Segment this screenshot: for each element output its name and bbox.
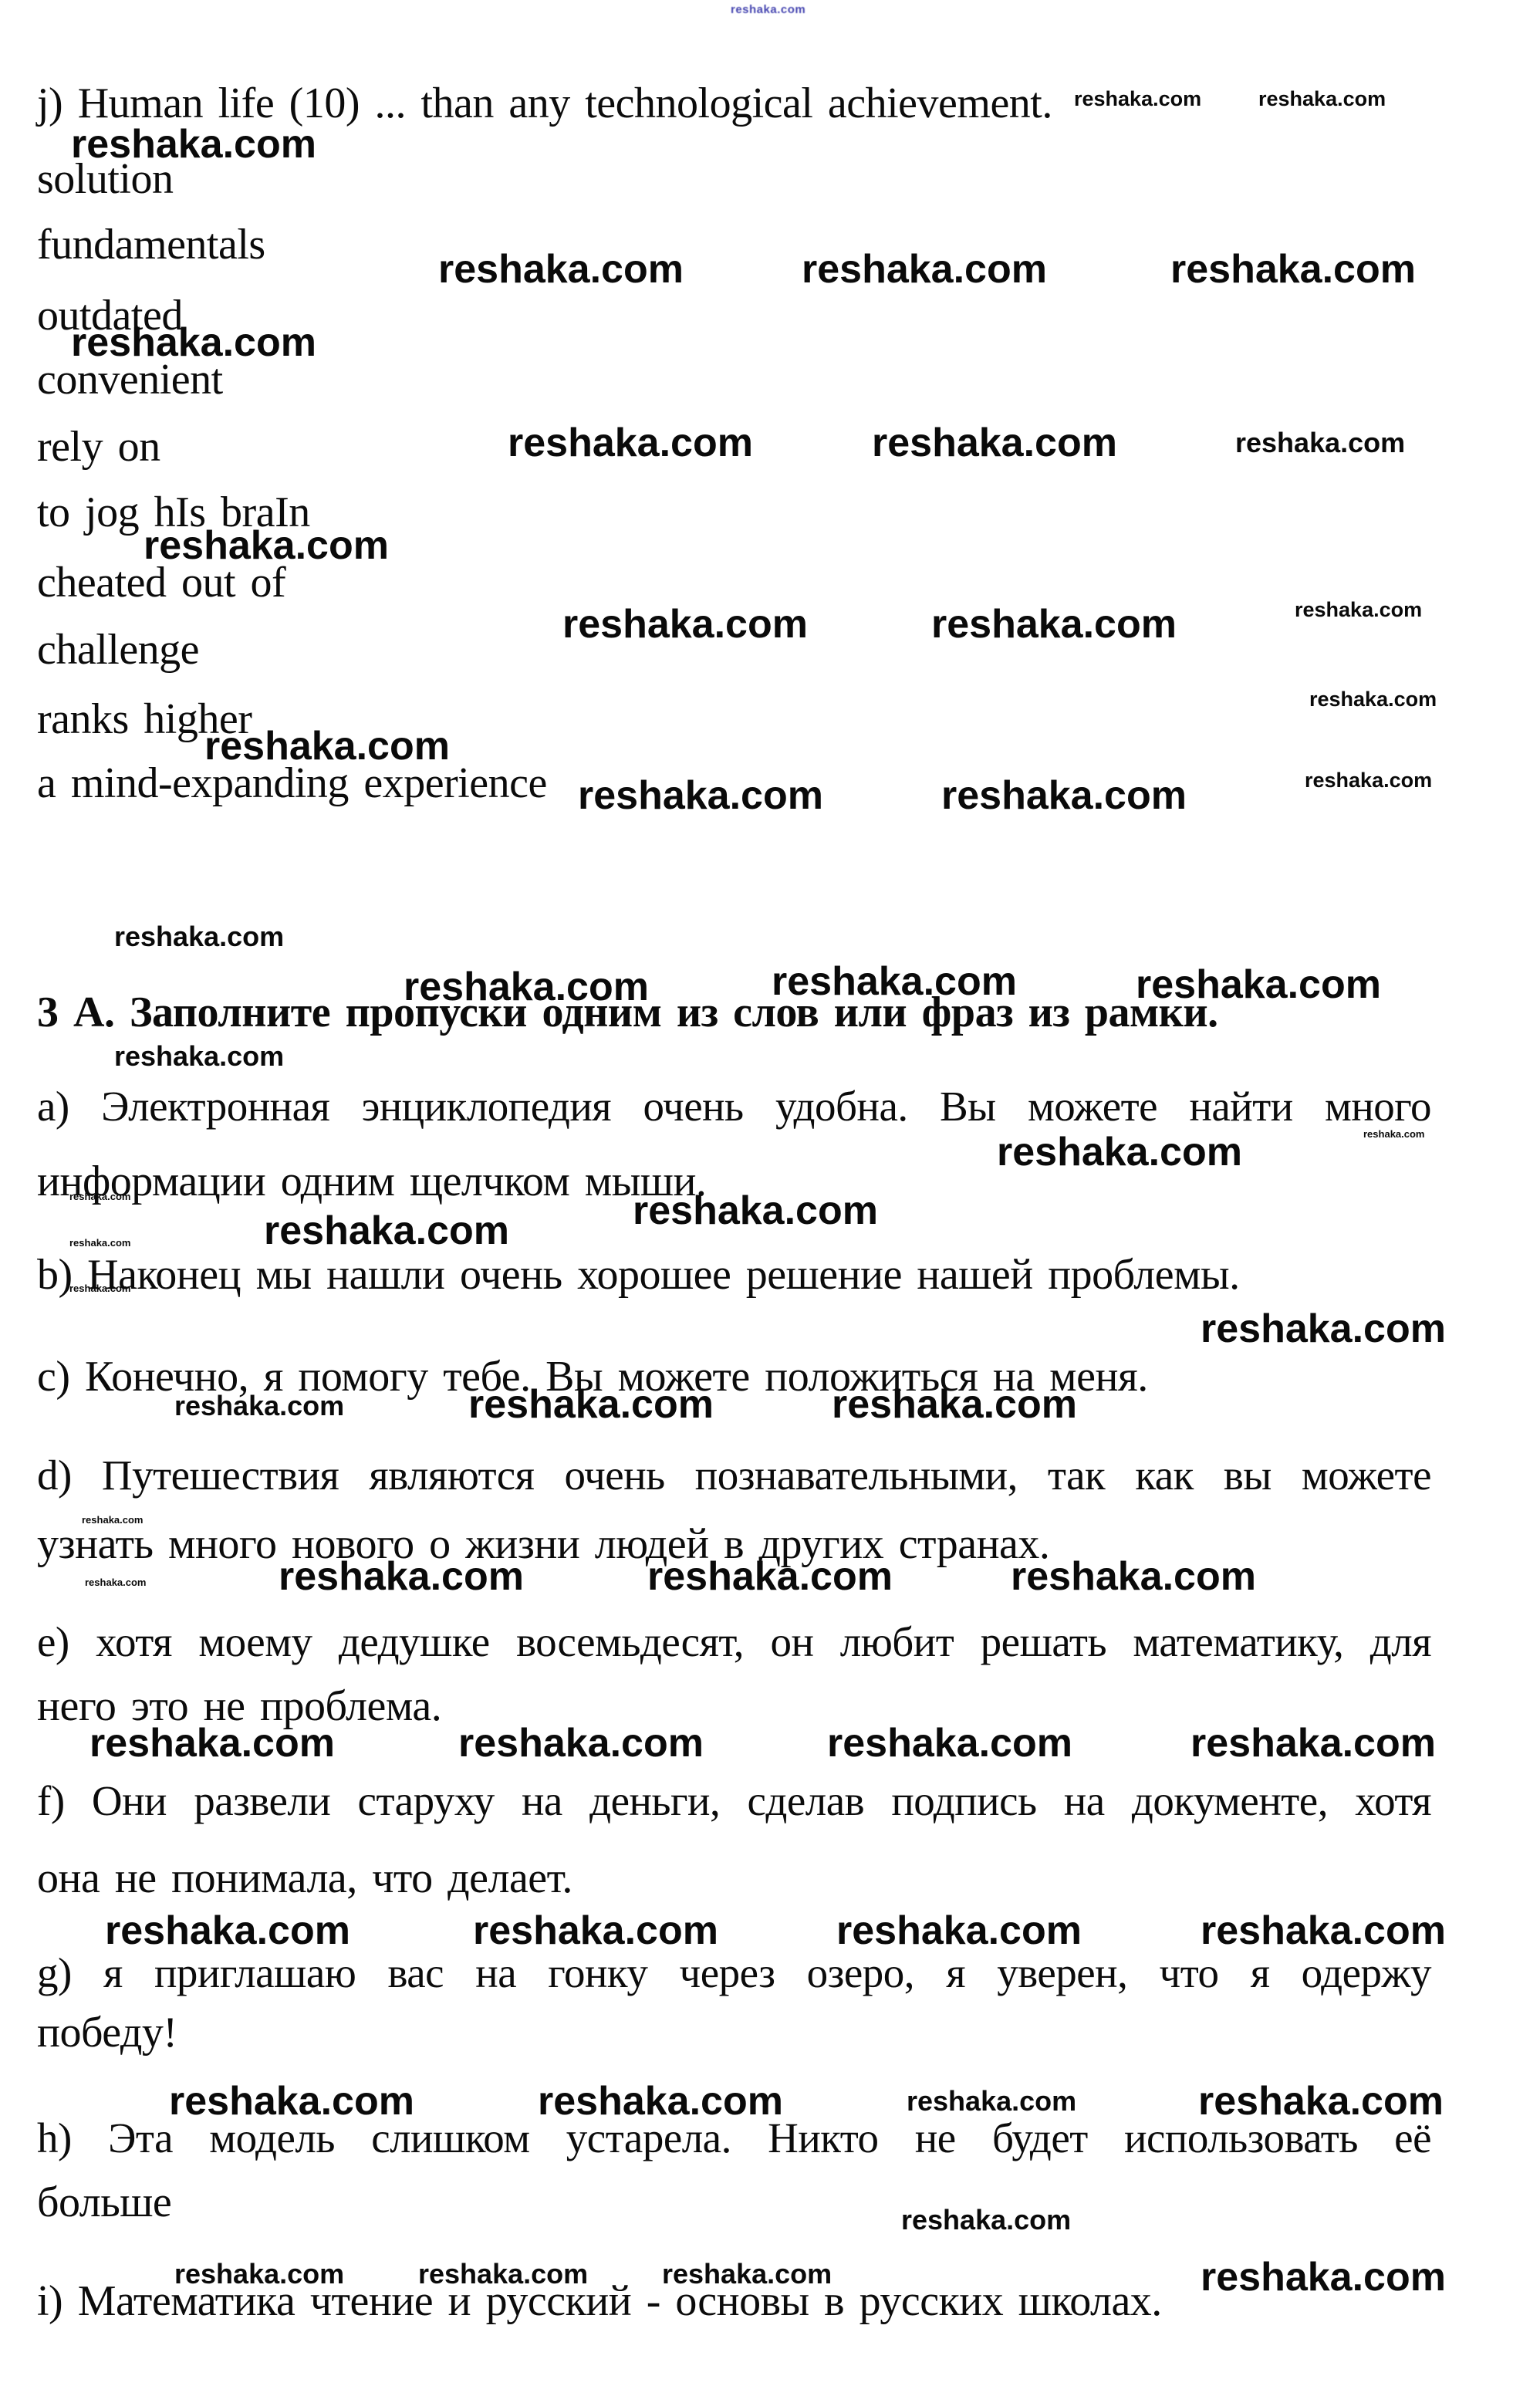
site-watermark: reshaka.com — [508, 423, 753, 463]
site-watermark: reshaka.com — [1201, 2257, 1446, 2297]
exercise-line-j: j) Human life (10) ... than any technolo… — [37, 81, 1052, 127]
site-watermark: reshaka.com — [578, 776, 823, 816]
site-watermark: reshaka.com — [872, 423, 1117, 463]
sentence-h-line-2: больше — [37, 2180, 171, 2226]
site-watermark: reshaka.com — [264, 1211, 509, 1251]
site-watermark: reshaka.com — [827, 1723, 1072, 1763]
site-watermark: reshaka.com — [404, 967, 649, 1007]
sentence-d-line-1: d) Путешествия являются очень познавател… — [37, 1453, 1431, 1498]
site-watermark: reshaka.com — [82, 1515, 144, 1525]
site-watermark: reshaka.com — [144, 526, 389, 566]
sentence-b-line-1: b) Наконец мы нашли очень хорошее решени… — [37, 1252, 1240, 1298]
site-watermark: reshaka.com — [458, 1723, 704, 1763]
site-watermark: reshaka.com — [69, 1238, 131, 1248]
site-watermark: reshaka.com — [1309, 689, 1437, 710]
sentence-g-line-2: победу! — [37, 2010, 177, 2056]
sentence-f-line-2: она не понимала, что делает. — [37, 1856, 572, 1901]
site-watermark: reshaka.com — [1170, 249, 1416, 289]
site-watermark: reshaka.com — [1363, 1129, 1425, 1139]
document-page: j) Human life (10) ... than any technolo… — [0, 0, 1540, 2403]
sentence-d-line-2: узнать много нового о жизни людей в друг… — [37, 1522, 1049, 1567]
site-watermark: reshaka.com — [802, 249, 1047, 289]
site-watermark: reshaka.com — [1295, 600, 1422, 620]
site-watermark: reshaka.com — [473, 1911, 718, 1951]
site-watermark: reshaka.com — [204, 726, 450, 766]
site-watermark: reshaka.com — [279, 1556, 524, 1597]
site-watermark: reshaka.com — [468, 1384, 714, 1425]
site-watermark: reshaka.com — [1074, 89, 1201, 110]
site-watermark: reshaka.com — [901, 2206, 1071, 2234]
site-watermark: reshaka.com — [1235, 429, 1405, 457]
site-watermark: reshaka.com — [174, 1392, 344, 1420]
word-bank-item: challenge — [37, 627, 199, 673]
site-watermark: reshaka.com — [538, 2081, 783, 2121]
site-watermark: reshaka.com — [1305, 770, 1432, 791]
site-watermark: reshaka.com — [772, 962, 1017, 1002]
site-watermark: reshaka.com — [114, 1043, 284, 1070]
site-watermark: reshaka.com — [1198, 2081, 1444, 2121]
site-watermark: reshaka.com — [85, 1577, 147, 1587]
site-watermark: reshaka.com — [438, 249, 684, 289]
site-watermark: reshaka.com — [114, 923, 284, 951]
sentence-f-line-1: f) Они развели старуху на деньги, сделав… — [37, 1779, 1431, 1823]
site-watermark: reshaka.com — [71, 124, 316, 164]
sentence-a-line-2: информации одним щелчком мыши. — [37, 1159, 706, 1205]
site-watermark-header: reshaka.com — [731, 4, 805, 15]
site-watermark: reshaka.com — [69, 1191, 131, 1201]
site-watermark: reshaka.com — [832, 1384, 1077, 1425]
site-watermark: reshaka.com — [997, 1132, 1242, 1172]
site-watermark: reshaka.com — [647, 1556, 893, 1597]
site-watermark: reshaka.com — [1136, 965, 1381, 1005]
site-watermark: reshaka.com — [1258, 89, 1386, 110]
site-watermark: reshaka.com — [1190, 1723, 1436, 1763]
word-bank-item: fundamentals — [37, 222, 265, 268]
site-watermark: reshaka.com — [562, 604, 808, 644]
site-watermark: reshaka.com — [169, 2081, 414, 2121]
site-watermark: reshaka.com — [941, 776, 1187, 816]
site-watermark: reshaka.com — [174, 2260, 344, 2288]
site-watermark: reshaka.com — [1011, 1556, 1256, 1597]
site-watermark: reshaka.com — [69, 1283, 131, 1293]
site-watermark: reshaka.com — [907, 2087, 1076, 2115]
sentence-g-line-1: g) я приглашаю вас на гонку через озеро,… — [37, 1951, 1431, 1996]
site-watermark: reshaka.com — [89, 1723, 335, 1763]
word-bank-item: rely on — [37, 424, 160, 470]
site-watermark: reshaka.com — [71, 323, 316, 363]
site-watermark: reshaka.com — [931, 604, 1177, 644]
sentence-e-line-1: е) хотя моему дедушке восемьдесят, он лю… — [37, 1620, 1431, 1665]
sentence-a-line-1: а) Электронная энциклопедия очень удобна… — [37, 1084, 1431, 1129]
site-watermark: reshaka.com — [1201, 1911, 1446, 1951]
site-watermark: reshaka.com — [418, 2260, 588, 2288]
site-watermark: reshaka.com — [836, 1911, 1082, 1951]
site-watermark: reshaka.com — [662, 2260, 832, 2288]
site-watermark: reshaka.com — [633, 1191, 878, 1231]
site-watermark: reshaka.com — [105, 1911, 350, 1951]
site-watermark: reshaka.com — [1201, 1309, 1446, 1349]
